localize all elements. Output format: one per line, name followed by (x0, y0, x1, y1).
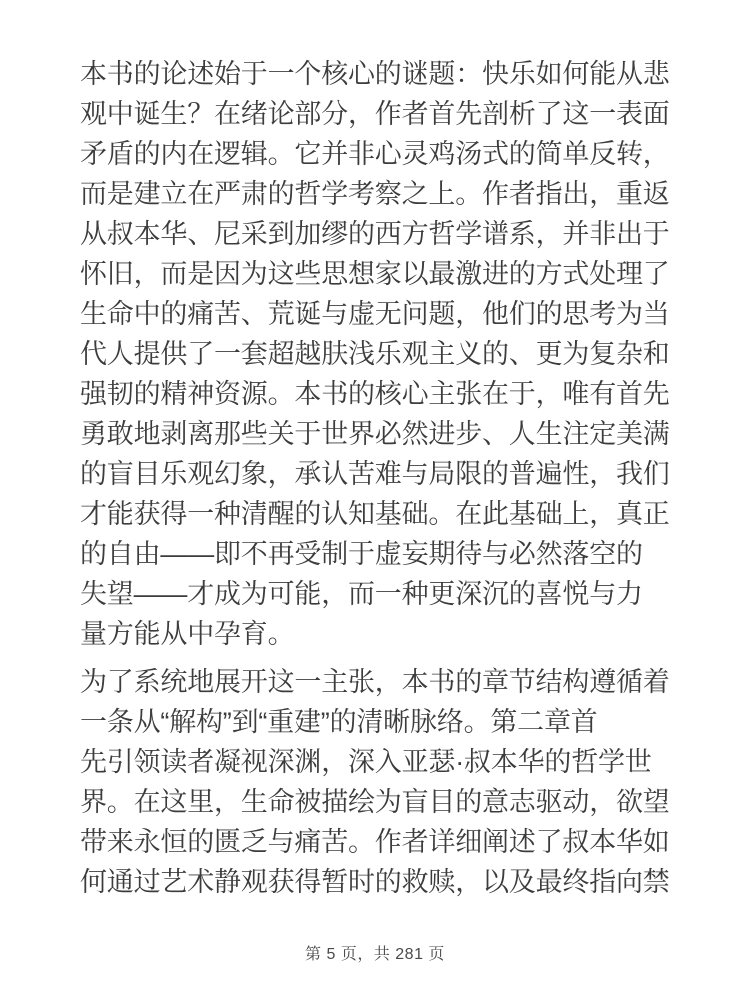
text-line: 从叔本华、尼采到加缪的西方哲学谱系，并非出于 (80, 214, 674, 254)
text-line: 带来永恒的匮乏与痛苦。作者详细阐述了叔本华如 (80, 822, 674, 862)
text-line: 的自由——即不再受制于虚妄期待与必然落空的 (80, 534, 674, 574)
text-line: 为了系统地展开这一主张，本书的章节结构遵循着 (80, 662, 674, 702)
text-line: 量方能从中孕育。 (80, 614, 674, 654)
text-line: 先引领读者凝视深渊，深入亚瑟·叔本华的哲学世 (80, 742, 674, 782)
text-line: 勇敢地剥离那些关于世界必然进步、人生注定美满 (80, 414, 674, 454)
text-line: 怀旧，而是因为这些思想家以最激进的方式处理了 (80, 254, 674, 294)
text-line: 生命中的痛苦、荒诞与虚无问题，他们的思考为当 (80, 294, 674, 334)
text-line: 代人提供了一套超越肤浅乐观主义的、更为复杂和 (80, 334, 674, 374)
text-line: 界。在这里，生命被描绘为盲目的意志驱动，欲望 (80, 782, 674, 822)
page-content: 本书的论述始于一个核心的谜题：快乐如何能从悲观中诞生？在绪论部分，作者首先剖析了… (80, 54, 674, 902)
text-line: 才能获得一种清醒的认知基础。在此基础上，真正 (80, 494, 674, 534)
text-line: 的盲目乐观幻象，承认苦难与局限的普遍性，我们 (80, 454, 674, 494)
paragraph: 为了系统地展开这一主张，本书的章节结构遵循着一条从“解构”到“重建”的清晰脉络。… (80, 662, 674, 902)
page-number-footer: 第 5 页，共 281 页 (0, 945, 750, 965)
text-line: 观中诞生？在绪论部分，作者首先剖析了这一表面 (80, 94, 674, 134)
text-line: 何通过艺术静观获得暂时的救赎，以及最终指向禁 (80, 862, 674, 902)
text-line: 而是建立在严肃的哲学考察之上。作者指出，重返 (80, 174, 674, 214)
text-line: 矛盾的内在逻辑。它并非心灵鸡汤式的简单反转， (80, 134, 674, 174)
text-line: 强韧的精神资源。本书的核心主张在于，唯有首先 (80, 374, 674, 414)
document-page: 本书的论述始于一个核心的谜题：快乐如何能从悲观中诞生？在绪论部分，作者首先剖析了… (0, 0, 750, 1000)
text-line: 失望——才成为可能，而一种更深沉的喜悦与力 (80, 574, 674, 614)
text-line: 一条从“解构”到“重建”的清晰脉络。第二章首 (80, 702, 674, 742)
text-line: 本书的论述始于一个核心的谜题：快乐如何能从悲 (80, 54, 674, 94)
paragraph: 本书的论述始于一个核心的谜题：快乐如何能从悲观中诞生？在绪论部分，作者首先剖析了… (80, 54, 674, 654)
